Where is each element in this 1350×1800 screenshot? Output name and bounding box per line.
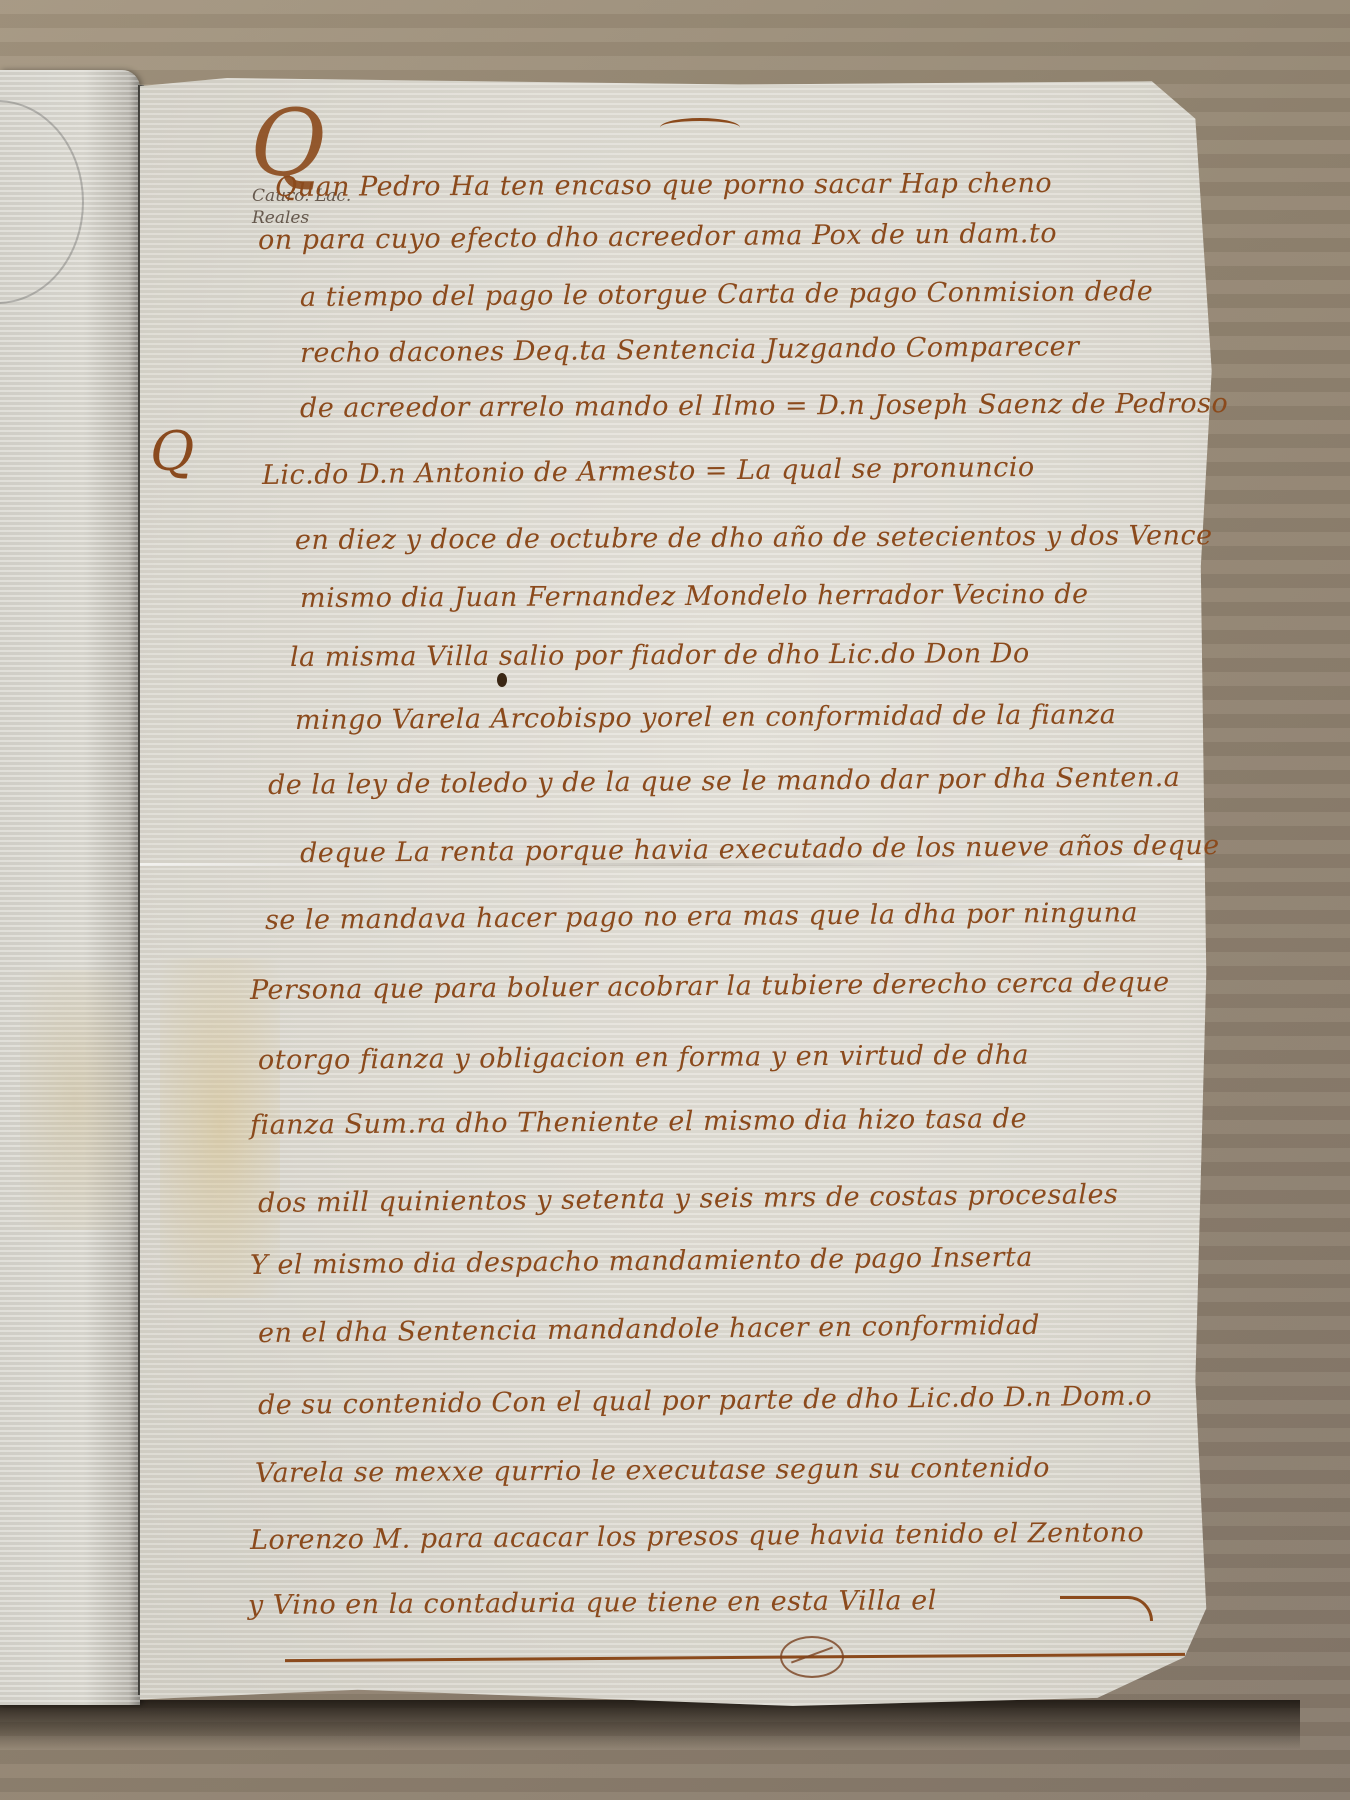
text-line: otorgo fianza y obligacion en forma y en… — [258, 1040, 1029, 1076]
handwritten-text: Quan Pedro Ha ten encaso que porno sacar… — [0, 0, 1350, 1800]
text-line: a tiempo del pago le otorgue Carta de pa… — [300, 276, 1154, 313]
text-line: de acreedor arrelo mando el Ilmo = D.n J… — [300, 388, 1228, 424]
text-line: on para cuyo efecto dho acreedor ama Pox… — [258, 218, 1057, 256]
text-line: mismo dia Juan Fernandez Mondelo herrado… — [300, 579, 1089, 614]
text-line: en el dha Sentencia mandandole hacer en … — [258, 1310, 1040, 1349]
text-line: en diez y doce de octubre de dho año de … — [295, 520, 1213, 556]
text-line: de la ley de toledo y de la que se le ma… — [268, 762, 1181, 801]
text-line: y Vino en la contaduria que tiene en est… — [248, 1585, 937, 1621]
text-line: Lic.do D.n Antonio de Armesto = La qual … — [262, 452, 1035, 491]
text-line: Varela se mexxe qurrio le executase segu… — [255, 1452, 1050, 1489]
text-line: deque La renta porque havia executado de… — [300, 830, 1220, 869]
text-line: fianza Sum.ra dho Theniente el mismo dia… — [250, 1103, 1027, 1141]
text-line: la misma Villa salio por fiador de dho L… — [290, 638, 1030, 673]
text-line: mingo Varela Arcobispo yorel en conformi… — [295, 699, 1117, 736]
text-line: dos mill quinientos y setenta y seis mrs… — [258, 1179, 1119, 1219]
text-line: Quan Pedro Ha ten encaso que porno sacar… — [275, 168, 1052, 203]
text-line: se le mandava hacer pago no era mas que … — [265, 897, 1138, 936]
ink-flourish — [1060, 1596, 1153, 1621]
notary-rubric — [780, 1636, 844, 1678]
text-line: Lorenzo M. para acacar los presos que ha… — [250, 1517, 1144, 1556]
text-line: de su contenido Con el qual por parte de… — [258, 1381, 1152, 1421]
text-line: Persona que para boluer acobrar la tubie… — [250, 967, 1170, 1006]
text-line: recho dacones Deq.ta Sentencia Juzgando … — [300, 331, 1080, 369]
text-line: Y el mismo dia despacho mandamiento de p… — [250, 1242, 1033, 1281]
